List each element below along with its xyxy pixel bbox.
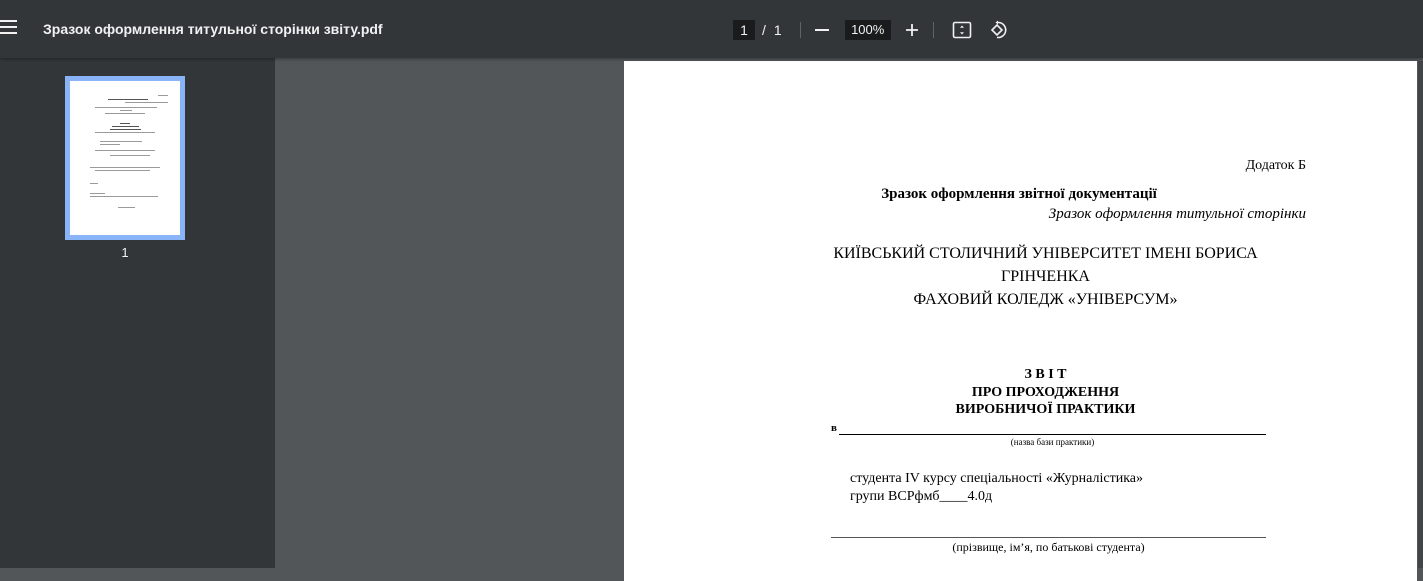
vertical-scrollbar[interactable] (1418, 61, 1423, 568)
hamburger-menu-icon[interactable] (0, 20, 18, 38)
rotate-button[interactable] (988, 20, 1008, 40)
thumbnail-page-number: 1 (0, 245, 250, 260)
university-name-line1: КИЇВСЬКИЙ СТОЛИЧНИЙ УНІВЕРСИТЕТ ІМЕНІ БО… (774, 245, 1317, 263)
thumbnail-sidebar: 1 (0, 58, 275, 568)
at-prefix: в (831, 422, 837, 434)
university-name-line2: ГРІНЧЕНКА (774, 268, 1317, 286)
page-thumbnail[interactable] (65, 76, 185, 240)
divider (800, 22, 801, 38)
zoom-in-button[interactable] (905, 23, 919, 37)
plus-icon (905, 23, 919, 37)
fit-to-page-icon (952, 21, 972, 39)
minus-icon (815, 29, 829, 31)
document-title: Зразок оформлення титульної сторінки зві… (43, 21, 383, 37)
student-name-caption: (прізвище, ім’я, по батькові студента) (831, 540, 1266, 555)
fit-to-page-button[interactable] (952, 21, 972, 39)
subsection-title: Зразок оформлення титульної сторінки (1049, 206, 1306, 223)
pdf-toolbar: Зразок оформлення титульної сторінки зві… (0, 0, 1423, 58)
student-name-line (831, 537, 1266, 538)
document-viewer: Додаток Б Зразок оформлення звітної доку… (275, 58, 1423, 568)
practice-base-line (839, 434, 1266, 435)
student-course-line: студента IV курсу спеціальності «Журналі… (850, 471, 1143, 487)
report-subtitle-1: ПРО ПРОХОДЖЕННЯ (774, 385, 1317, 401)
college-name: ФАХОВИЙ КОЛЕДЖ «УНІВЕРСУМ» (774, 291, 1317, 309)
pdf-page: Додаток Б Зразок оформлення звітної доку… (624, 61, 1417, 568)
report-title: З В І Т (774, 367, 1317, 383)
page-separator: / (762, 22, 766, 38)
page-zoom-controls: 1 / 1 100% (733, 19, 1008, 41)
total-pages: 1 (774, 22, 782, 38)
thumbnail-page-preview (70, 81, 180, 235)
current-page-input[interactable]: 1 (733, 20, 755, 40)
student-group-line: групи ВСРфмб____4.0д (850, 489, 992, 505)
section-title: Зразок оформлення звітної документації (754, 186, 1284, 203)
report-subtitle-2: ВИРОБНИЧОЇ ПРАКТИКИ (774, 402, 1317, 418)
zoom-out-button[interactable] (815, 29, 829, 31)
divider (933, 22, 934, 38)
appendix-label: Додаток Б (1246, 158, 1306, 174)
rotate-counterclockwise-icon (988, 20, 1008, 40)
zoom-level-input[interactable]: 100% (845, 20, 891, 40)
practice-base-caption: (назва бази практики) (839, 437, 1266, 447)
